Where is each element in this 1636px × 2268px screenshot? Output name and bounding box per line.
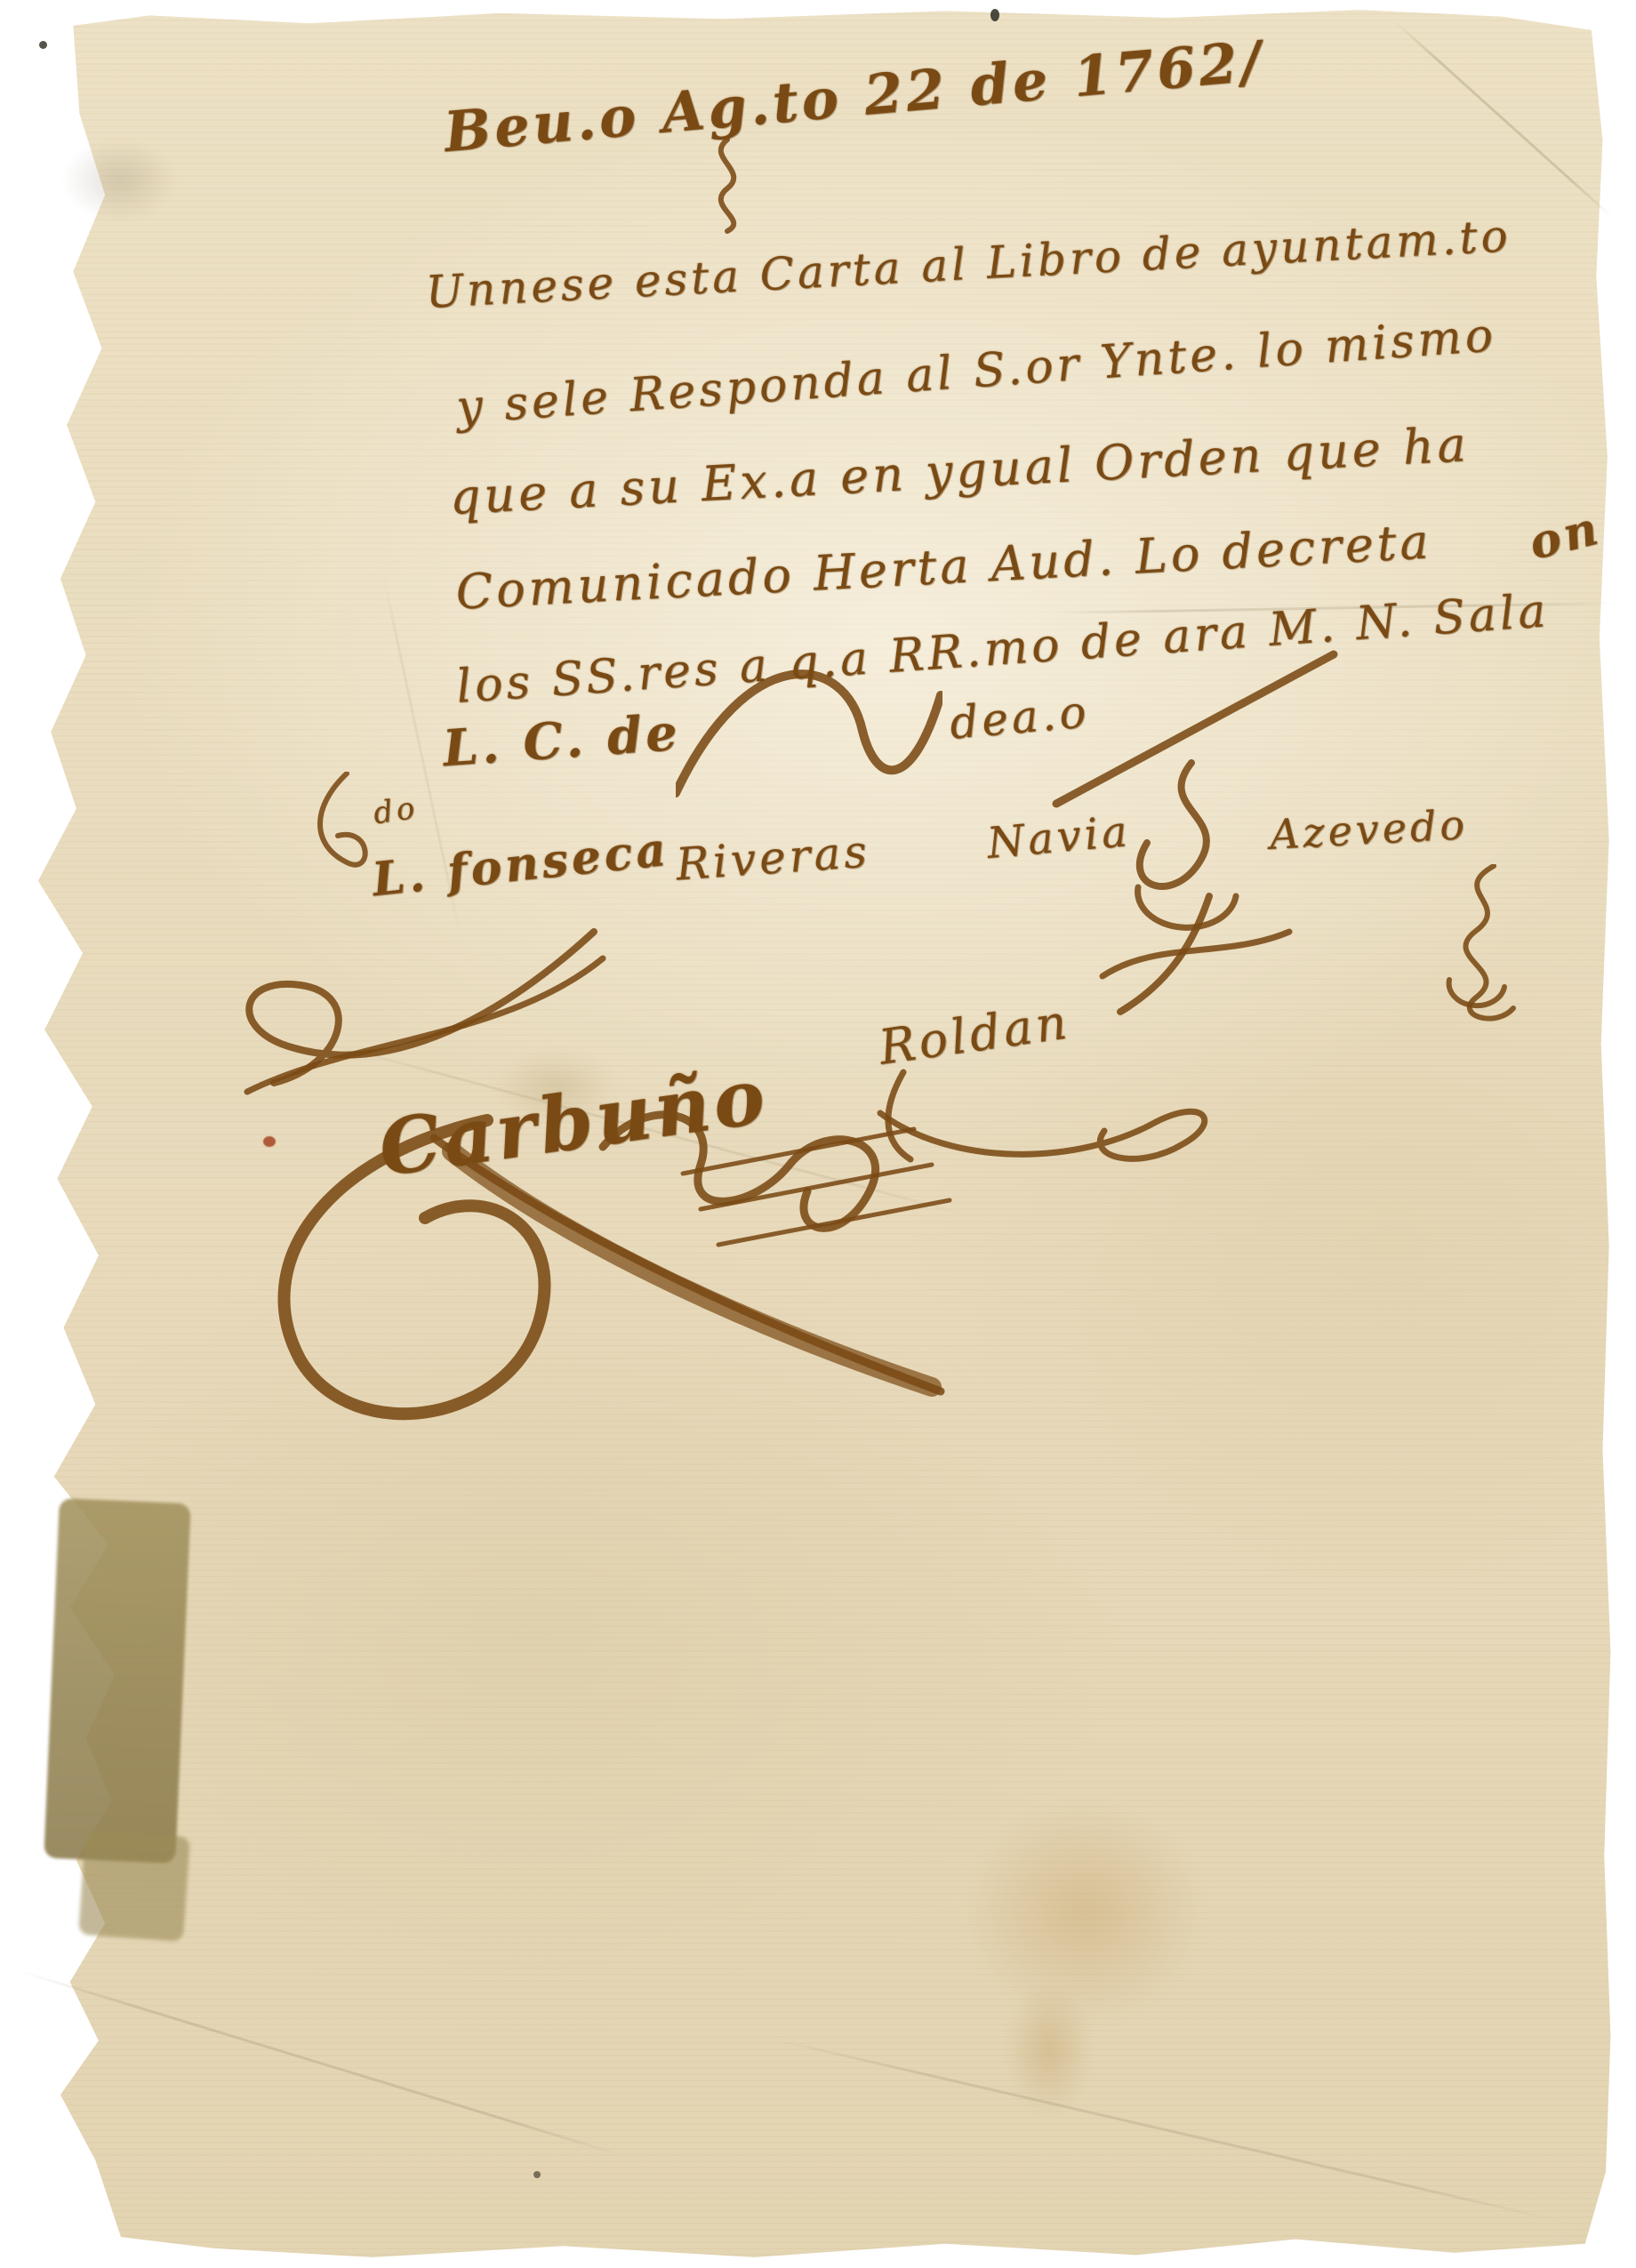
scanned-manuscript-page: Beu.o Ag.to 22 de 1762/ Unnese esta Cart… <box>0 0 1636 2268</box>
dark-speck <box>39 41 47 49</box>
signature-lead-mark: do <box>371 790 420 832</box>
